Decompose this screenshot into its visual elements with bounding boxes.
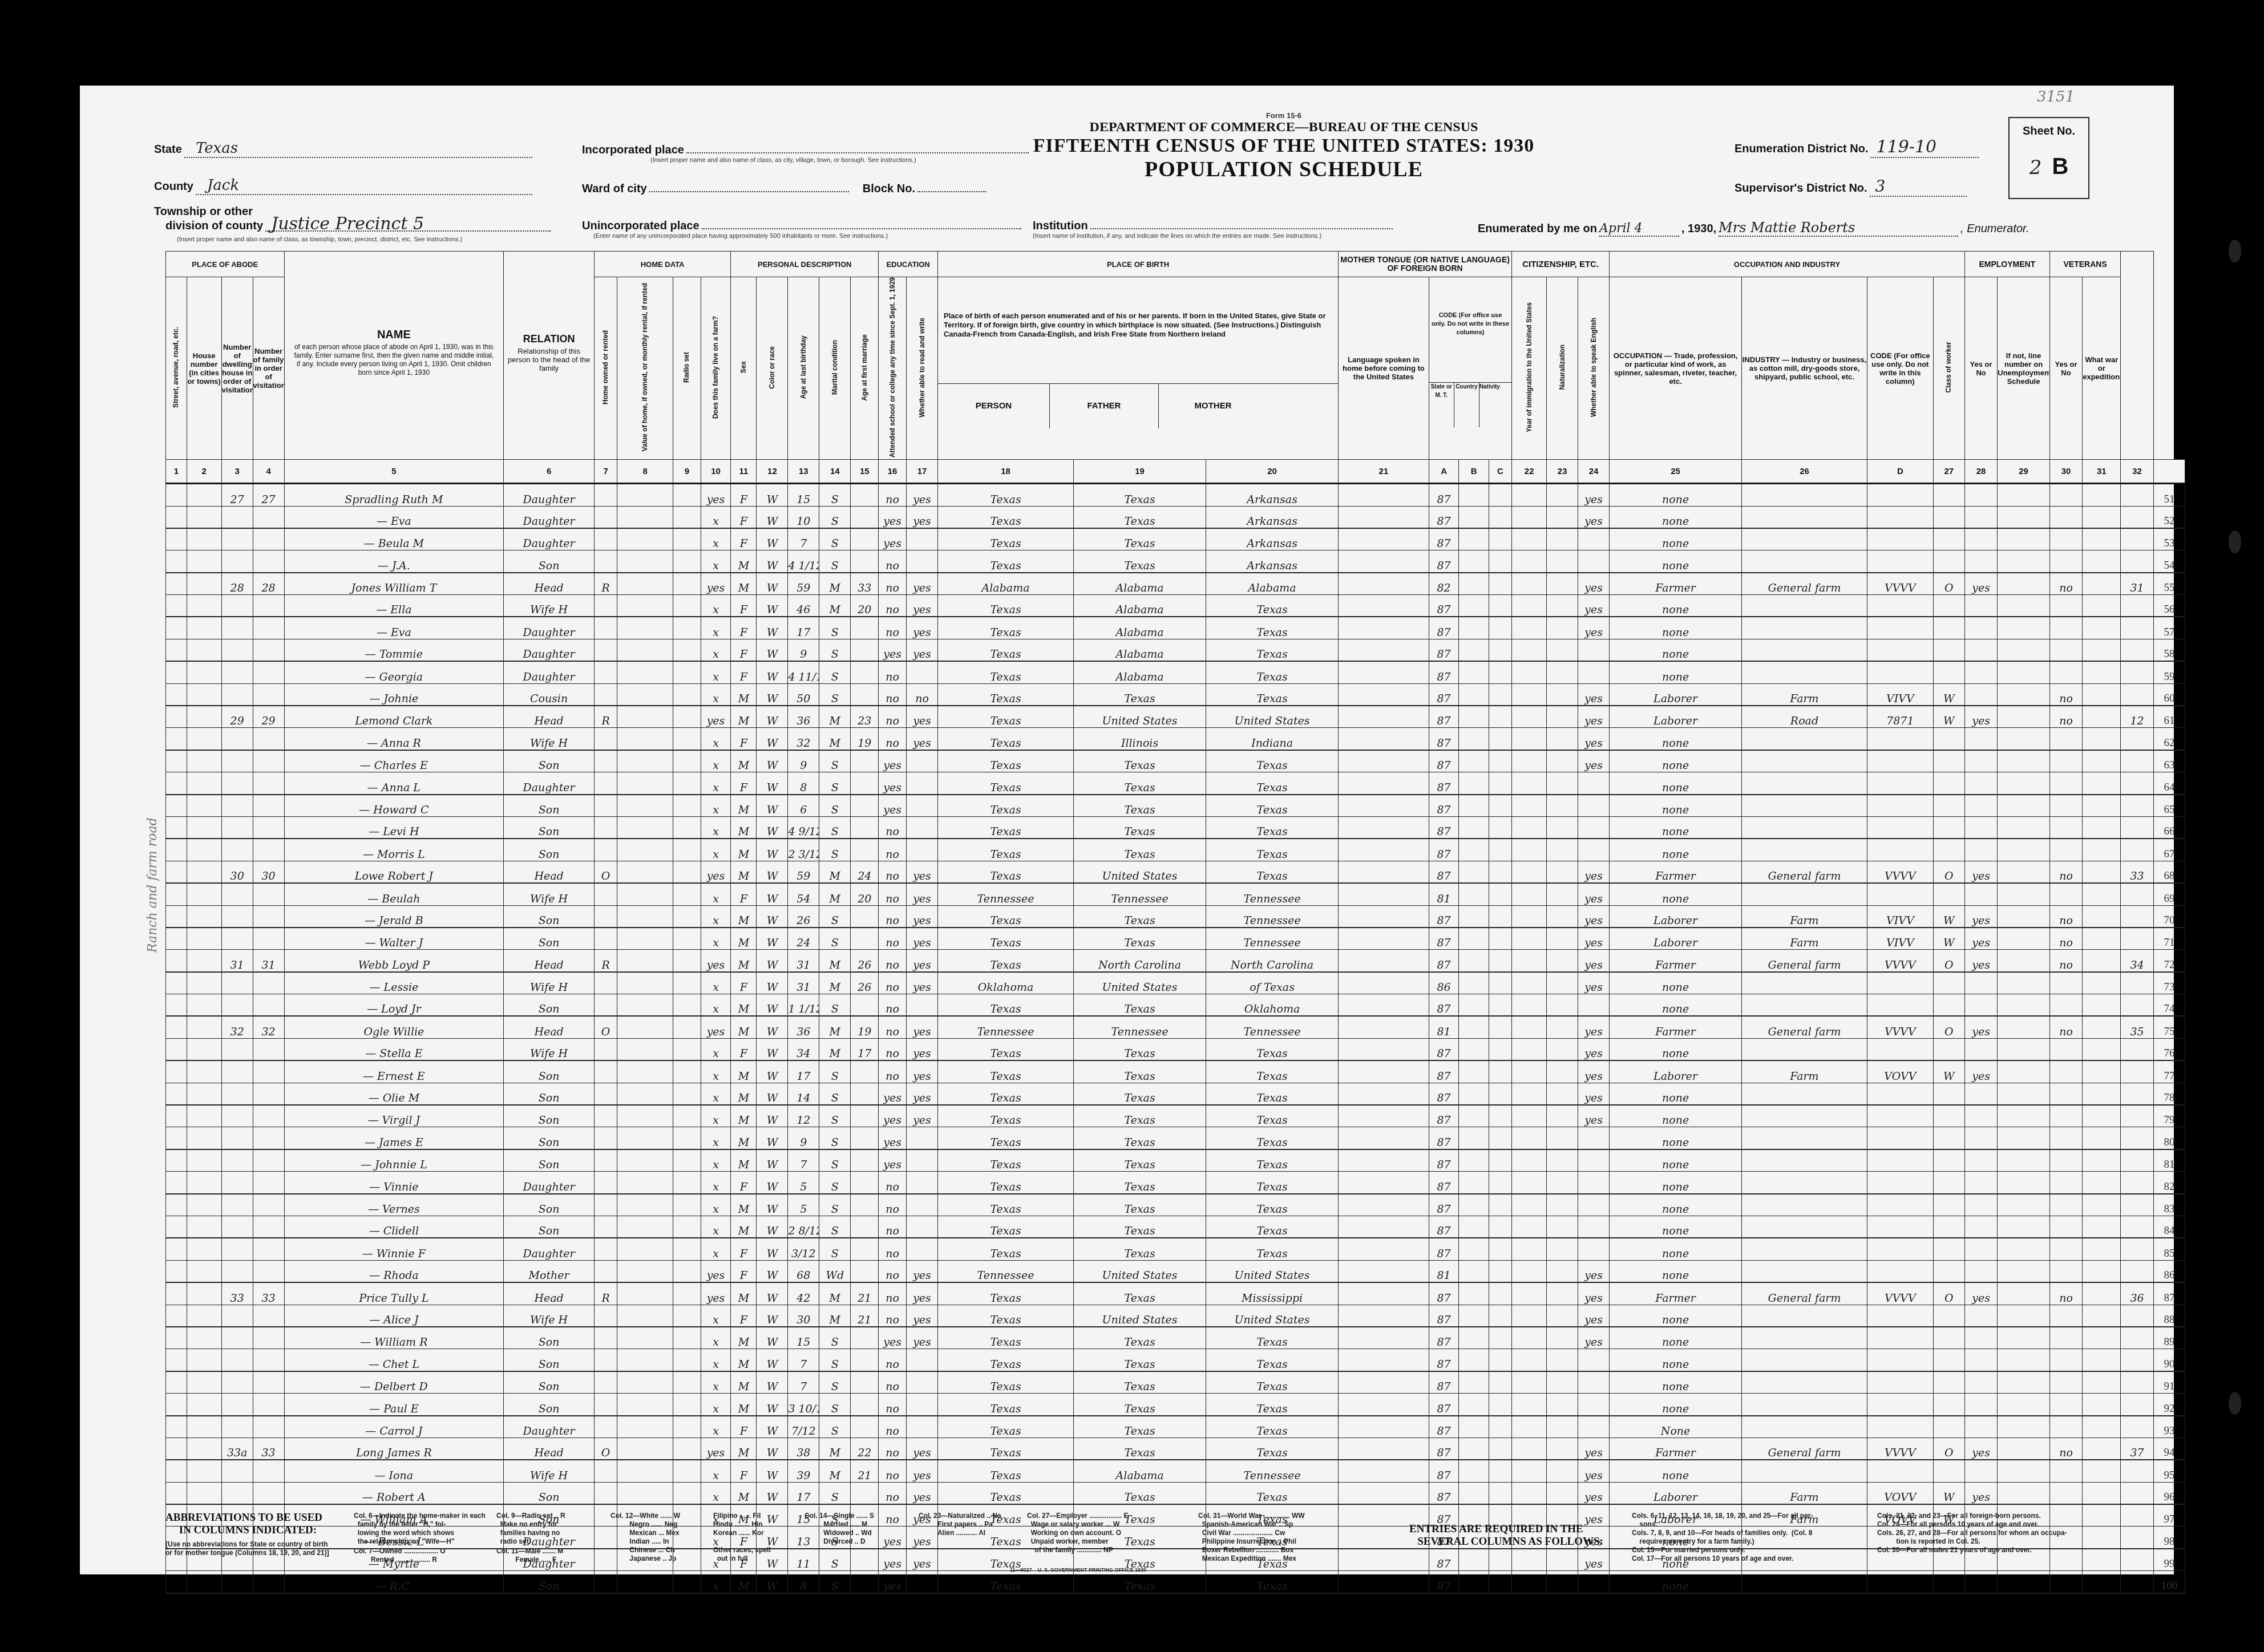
cell-street [166,1371,187,1394]
cell-code-d [1867,1571,1933,1593]
cell-marital: S [819,683,851,706]
cell-name: — Georgia [284,661,504,683]
cell-speak-english [1578,550,1610,573]
cell-family [253,1460,284,1482]
cell-farm: x [701,528,731,550]
cell-speak-english: yes [1578,1105,1610,1127]
cell-street [166,1149,187,1172]
table-row: — VernesSonxMW5SnoTexasTexasTexas87none8… [166,1194,2185,1216]
cell-name: — Ella [284,595,504,617]
table-row: — R.C.SonxMW8SyesTexasTexasTexas87none10… [166,1571,2185,1593]
table-row: — Morris LSonxMW2 3/12SnoTexasTexasTexas… [166,839,2185,861]
cell-age: 17 [788,1060,819,1083]
cell-street [166,1305,187,1327]
cell-bp-father: Texas [1074,1238,1206,1260]
table-row: — GeorgiaDaughterxFW4 11/12SnoTexasAlaba… [166,661,2185,683]
cell-bp-mother: Texas [1206,661,1339,683]
cell-read-write: yes [907,1083,938,1105]
cell-code-b [1459,1571,1489,1593]
cell-code-d [1867,550,1933,573]
schedule-title: POPULATION SCHEDULE [1027,157,1541,182]
cell-sex: F [731,528,757,550]
cell-marital: M [819,1016,851,1038]
cell-speak-english: yes [1578,1460,1610,1482]
cell-radio [673,1149,701,1172]
cell-class-worker [1933,528,1964,550]
cell-age-marriage: 19 [851,728,879,750]
cell-house [187,1060,221,1083]
cell-code-a: 87 [1429,528,1459,550]
cell-farm-schedule [2121,683,2153,706]
cell-marital: S [819,1371,851,1394]
cell-speak-english [1578,1238,1610,1260]
cell-age-marriage [851,484,879,506]
cell-sex: M [731,573,757,595]
cell-at-work: yes [1964,861,1997,883]
cell-code-c [1489,861,1511,883]
cell-language [1339,1371,1429,1394]
cell-family [253,683,284,706]
cell-language [1339,617,1429,639]
cell-industry [1742,617,1867,639]
cell-race: W [757,1238,788,1260]
cell-value [617,861,673,883]
cell-unemp-line [1998,617,2050,639]
cell-code-a: 87 [1429,994,1459,1017]
cell-immigration [1512,750,1547,772]
cell-street [166,1416,187,1438]
stamp-number: 3151 [2037,88,2075,106]
cell-farm: x [701,595,731,617]
cell-immigration [1512,484,1547,506]
margin-note: Ranch and farm road [145,553,163,953]
cell-sex: M [731,1394,757,1416]
cell-family [253,1394,284,1416]
cell-language [1339,928,1429,950]
cell-house [187,728,221,750]
cell-radio [673,861,701,883]
cell-veteran [2049,1105,2082,1127]
cell-marital: S [819,484,851,506]
cell-code-c [1489,905,1511,928]
cell-code-b [1459,528,1489,550]
cell-immigration [1512,1238,1547,1260]
cell-code-a: 87 [1429,1327,1459,1349]
cell-class-worker: O [1933,1438,1964,1460]
cell-race: W [757,795,788,817]
cell-school: yes [879,506,907,528]
cell-own [594,1416,617,1438]
cell-sex: M [731,1149,757,1172]
cell-veteran [2049,528,2082,550]
cell-naturalization [1547,950,1578,972]
cell-at-work [1964,1105,1997,1127]
cell-immigration [1512,1282,1547,1305]
cell-school: yes [879,772,907,795]
cell-house [187,1416,221,1438]
cell-read-write [907,1216,938,1238]
cell-school: yes [879,1149,907,1172]
cell-unemp-line [1998,950,2050,972]
cell-code-c [1489,1105,1511,1127]
cell-farm: yes [701,1282,731,1305]
cell-street [166,861,187,883]
cell-bp-mother: Texas [1206,1038,1339,1060]
cell-code-d [1867,772,1933,795]
cell-value [617,1394,673,1416]
cell-code-a: 87 [1429,1038,1459,1060]
print-code: 11—9027 U. S. GOVERNMENT PRINTING OFFICE… [1010,1566,1146,1574]
cell-age-marriage: 24 [851,861,879,883]
cell-farm-schedule [2121,1060,2153,1083]
cell-radio [673,1083,701,1105]
cell-war [2083,506,2121,528]
cell-speak-english: yes [1578,706,1610,728]
cell-occupation: none [1610,972,1742,994]
cell-name: — Beulah [284,883,504,905]
cell-veteran [2049,1416,2082,1438]
cell-read-write [907,1416,938,1438]
cell-line-number: 52 [2153,506,2185,528]
cell-school: no [879,1216,907,1238]
cell-relation: Son [504,839,595,861]
cell-relation: Daughter [504,1416,595,1438]
cell-class-worker [1933,1172,1964,1194]
cell-line-number: 59 [2153,661,2185,683]
cell-own [594,994,617,1017]
cell-read-write [907,528,938,550]
cell-school: no [879,905,907,928]
cell-sex: M [731,1571,757,1593]
cell-occupation: none [1610,595,1742,617]
cell-read-write: yes [907,1327,938,1349]
cell-school: yes [879,1127,907,1149]
cell-code-c [1489,528,1511,550]
cell-bp-father: Texas [1074,750,1206,772]
cell-code-c [1489,1016,1511,1038]
cell-code-b [1459,639,1489,661]
cell-bp-mother: Texas [1206,1083,1339,1105]
cell-immigration [1512,1571,1547,1593]
cell-language [1339,1216,1429,1238]
cell-bp-father: Texas [1074,1127,1206,1149]
cell-own [594,639,617,661]
census-table-wrapper: PLACE OF ABODE NAME of each person whose… [165,251,2185,1594]
cell-age-marriage: 23 [851,706,879,728]
cell-marital: M [819,1460,851,1482]
cell-bp-father: Texas [1074,1327,1206,1349]
cell-farm-schedule [2121,839,2153,861]
table-row: — Virgil JSonxMW12SyesyesTexasTexasTexas… [166,1105,2185,1127]
cell-code-d [1867,994,1933,1017]
cell-value [617,550,673,573]
cell-bp-mother: Texas [1206,1194,1339,1216]
cell-at-work [1964,1394,1997,1416]
cell-value [617,1260,673,1282]
table-row: — J.A.SonxMW4 1/12SnoTexasTexasArkansas8… [166,550,2185,573]
cell-sex: M [731,1438,757,1460]
cell-bp-father: United States [1074,972,1206,994]
cell-name: — Carrol J [284,1416,504,1438]
cell-dwelling [221,1460,253,1482]
cell-radio [673,1460,701,1482]
cell-family [253,1060,284,1083]
cell-code-a: 87 [1429,683,1459,706]
cell-radio [673,484,701,506]
cell-read-write: yes [907,1038,938,1060]
cell-veteran [2049,883,2082,905]
cell-dwelling [221,1194,253,1216]
cell-code-b [1459,1371,1489,1394]
cell-dwelling: 28 [221,573,253,595]
cell-street [166,617,187,639]
cell-code-d: VOVV [1867,1060,1933,1083]
cell-family [253,1105,284,1127]
cell-occupation: none [1610,750,1742,772]
cell-own [594,1238,617,1260]
cell-school: no [879,1371,907,1394]
cell-industry [1742,750,1867,772]
cell-line-number: 91 [2153,1371,2185,1394]
cell-age: 42 [788,1282,819,1305]
cell-family [253,617,284,639]
cell-street [166,1038,187,1060]
cell-bp-person: Texas [937,905,1073,928]
cell-immigration [1512,772,1547,795]
cell-age: 36 [788,1016,819,1038]
cell-naturalization [1547,1305,1578,1327]
cell-value [617,1105,673,1127]
cell-naturalization [1547,750,1578,772]
cell-farm: x [701,1238,731,1260]
cell-school: no [879,1016,907,1038]
cell-language [1339,816,1429,839]
cell-relation: Wife H [504,1038,595,1060]
cell-school: no [879,839,907,861]
cell-value [617,950,673,972]
cell-read-write [907,1238,938,1260]
cell-street [166,950,187,972]
cell-code-a: 87 [1429,1349,1459,1371]
sheet-side: B [2052,154,2068,179]
cell-value [617,617,673,639]
cell-occupation: Farmer [1610,1282,1742,1305]
cell-radio [673,1216,701,1238]
cell-war [2083,994,2121,1017]
cell-school: no [879,950,907,972]
cell-bp-father: Texas [1074,506,1206,528]
cell-occupation: none [1610,617,1742,639]
cell-language [1339,506,1429,528]
cell-immigration [1512,506,1547,528]
cell-naturalization [1547,905,1578,928]
cell-bp-father: Alabama [1074,661,1206,683]
cell-farm: yes [701,573,731,595]
cell-unemp-line [1998,1083,2050,1105]
institution-hint: (Insert name of institution, if any, and… [1033,233,1393,240]
cell-dwelling [221,1105,253,1127]
cell-value [617,661,673,683]
cell-war [2083,528,2121,550]
cell-farm: x [701,1060,731,1083]
col-language-head: Language spoken in home before coming to… [1339,277,1429,460]
cell-line-number: 76 [2153,1038,2185,1060]
census-title: FIFTEENTH CENSUS OF THE UNITED STATES: 1… [1027,135,1541,157]
cell-industry [1742,1194,1867,1216]
cell-class-worker: W [1933,706,1964,728]
cell-house [187,1216,221,1238]
entries-list-1: Cols. 6, 11, 12, 13, 14, 16, 18, 19, 20,… [1632,1512,1813,1563]
cell-own [594,1571,617,1593]
cell-farm-schedule [2121,1149,2153,1172]
cell-war [2083,905,2121,928]
cell-radio [673,950,701,972]
cell-code-d: VVVV [1867,573,1933,595]
cell-industry [1742,839,1867,861]
cell-own [594,1105,617,1127]
cell-code-c [1489,1282,1511,1305]
table-row: — Jerald BSonxMW26SnoyesTexasTexasTennes… [166,905,2185,928]
cell-industry [1742,506,1867,528]
cell-unemp-line [1998,1194,2050,1216]
cell-code-c [1489,1038,1511,1060]
cell-bp-father: United States [1074,861,1206,883]
cell-relation: Daughter [504,484,595,506]
cell-sex: F [731,883,757,905]
cell-at-work [1964,484,1997,506]
cell-code-a: 87 [1429,1194,1459,1216]
cell-name: — Eva [284,617,504,639]
cell-language [1339,883,1429,905]
cell-relation: Son [504,550,595,573]
cell-age-marriage [851,1482,879,1504]
cell-code-a: 81 [1429,1016,1459,1038]
cell-industry [1742,1394,1867,1416]
cell-code-a: 82 [1429,573,1459,595]
cell-line-number: 84 [2153,1216,2185,1238]
cell-own [594,661,617,683]
cell-marital: S [819,1327,851,1349]
cell-relation: Daughter [504,1172,595,1194]
cell-veteran: no [2049,905,2082,928]
cell-line-number: 83 [2153,1194,2185,1216]
department-title: DEPARTMENT OF COMMERCE—BUREAU OF THE CEN… [1027,120,1541,135]
cell-veteran [2049,1083,2082,1105]
cell-bp-father: Illinois [1074,728,1206,750]
cell-naturalization [1547,1482,1578,1504]
cell-bp-mother: Texas [1206,839,1339,861]
cell-bp-mother: North Carolina [1206,950,1339,972]
cell-at-work [1964,528,1997,550]
cell-school: no [879,550,907,573]
cell-veteran [2049,1038,2082,1060]
cell-bp-person: Texas [937,661,1073,683]
cell-value [617,883,673,905]
cell-bp-person: Texas [937,1349,1073,1371]
cell-read-write: yes [907,861,938,883]
cell-house [187,883,221,905]
cell-age: 17 [788,617,819,639]
cell-immigration [1512,1327,1547,1349]
cell-industry [1742,1127,1867,1149]
cell-speak-english [1578,994,1610,1017]
cell-bp-person: Texas [937,1083,1073,1105]
supervisor-field: Supervisor's District No. 3 [1735,177,1967,197]
cell-name: — Vinnie [284,1172,504,1194]
cell-farm-schedule [2121,795,2153,817]
cell-marital: S [819,772,851,795]
cell-own [594,1194,617,1216]
cell-street [166,1260,187,1282]
cell-unemp-line [1998,772,2050,795]
cell-bp-father: Texas [1074,1416,1206,1438]
cell-occupation: Laborer [1610,905,1742,928]
cell-house [187,1260,221,1282]
cell-value [617,1327,673,1349]
cell-dwelling: 33 [221,1282,253,1305]
cell-class-worker [1933,484,1964,506]
cell-industry [1742,728,1867,750]
county-field: County Jack [154,177,532,195]
cell-immigration [1512,928,1547,950]
cell-code-c [1489,1571,1511,1593]
cell-veteran [2049,750,2082,772]
cell-marital: S [819,528,851,550]
cell-veteran [2049,1260,2082,1282]
cell-race: W [757,728,788,750]
cell-family: 33 [253,1438,284,1460]
cell-unemp-line [1998,1460,2050,1482]
cell-immigration [1512,795,1547,817]
cell-code-c [1489,1327,1511,1349]
cell-code-b [1459,1282,1489,1305]
cell-age: 2 3/12 [788,839,819,861]
cell-sex: M [731,750,757,772]
cell-bp-father: Texas [1074,1349,1206,1371]
cell-family [253,795,284,817]
cell-dwelling [221,905,253,928]
cell-marital: M [819,595,851,617]
enumerated-year: , 1930, [1681,222,1716,235]
cell-house [187,950,221,972]
cell-farm: x [701,661,731,683]
cell-own: R [594,573,617,595]
cell-name: Lowe Robert J [284,861,504,883]
cell-name: Lemond Clark [284,706,504,728]
cell-street [166,639,187,661]
cell-at-work [1964,1238,1997,1260]
cell-age: 39 [788,1460,819,1482]
cell-code-d: VIVV [1867,928,1933,950]
table-row: — Winnie FDaughterxFW3/12SnoTexasTexasTe… [166,1238,2185,1260]
cell-war [2083,683,2121,706]
cell-value [617,1282,673,1305]
cell-line-number: 57 [2153,617,2185,639]
cell-race: W [757,1327,788,1349]
cell-farm: x [701,1216,731,1238]
entries-list-2: Cols. 21, 22, and 23—For all foreign-bor… [1877,1512,2067,1554]
cell-language [1339,1238,1429,1260]
cell-bp-father: Texas [1074,1482,1206,1504]
table-row: — Chet LSonxMW7SnoTexasTexasTexas87none9… [166,1349,2185,1371]
cell-dwelling [221,1038,253,1060]
cell-read-write [907,1127,938,1149]
cell-family: 27 [253,484,284,506]
cell-school: no [879,1194,907,1216]
cell-line-number: 71 [2153,928,2185,950]
table-row: 2929Lemond ClarkHeadRyesMW36M23noyesTexa… [166,706,2185,728]
cell-school: yes [879,1327,907,1349]
